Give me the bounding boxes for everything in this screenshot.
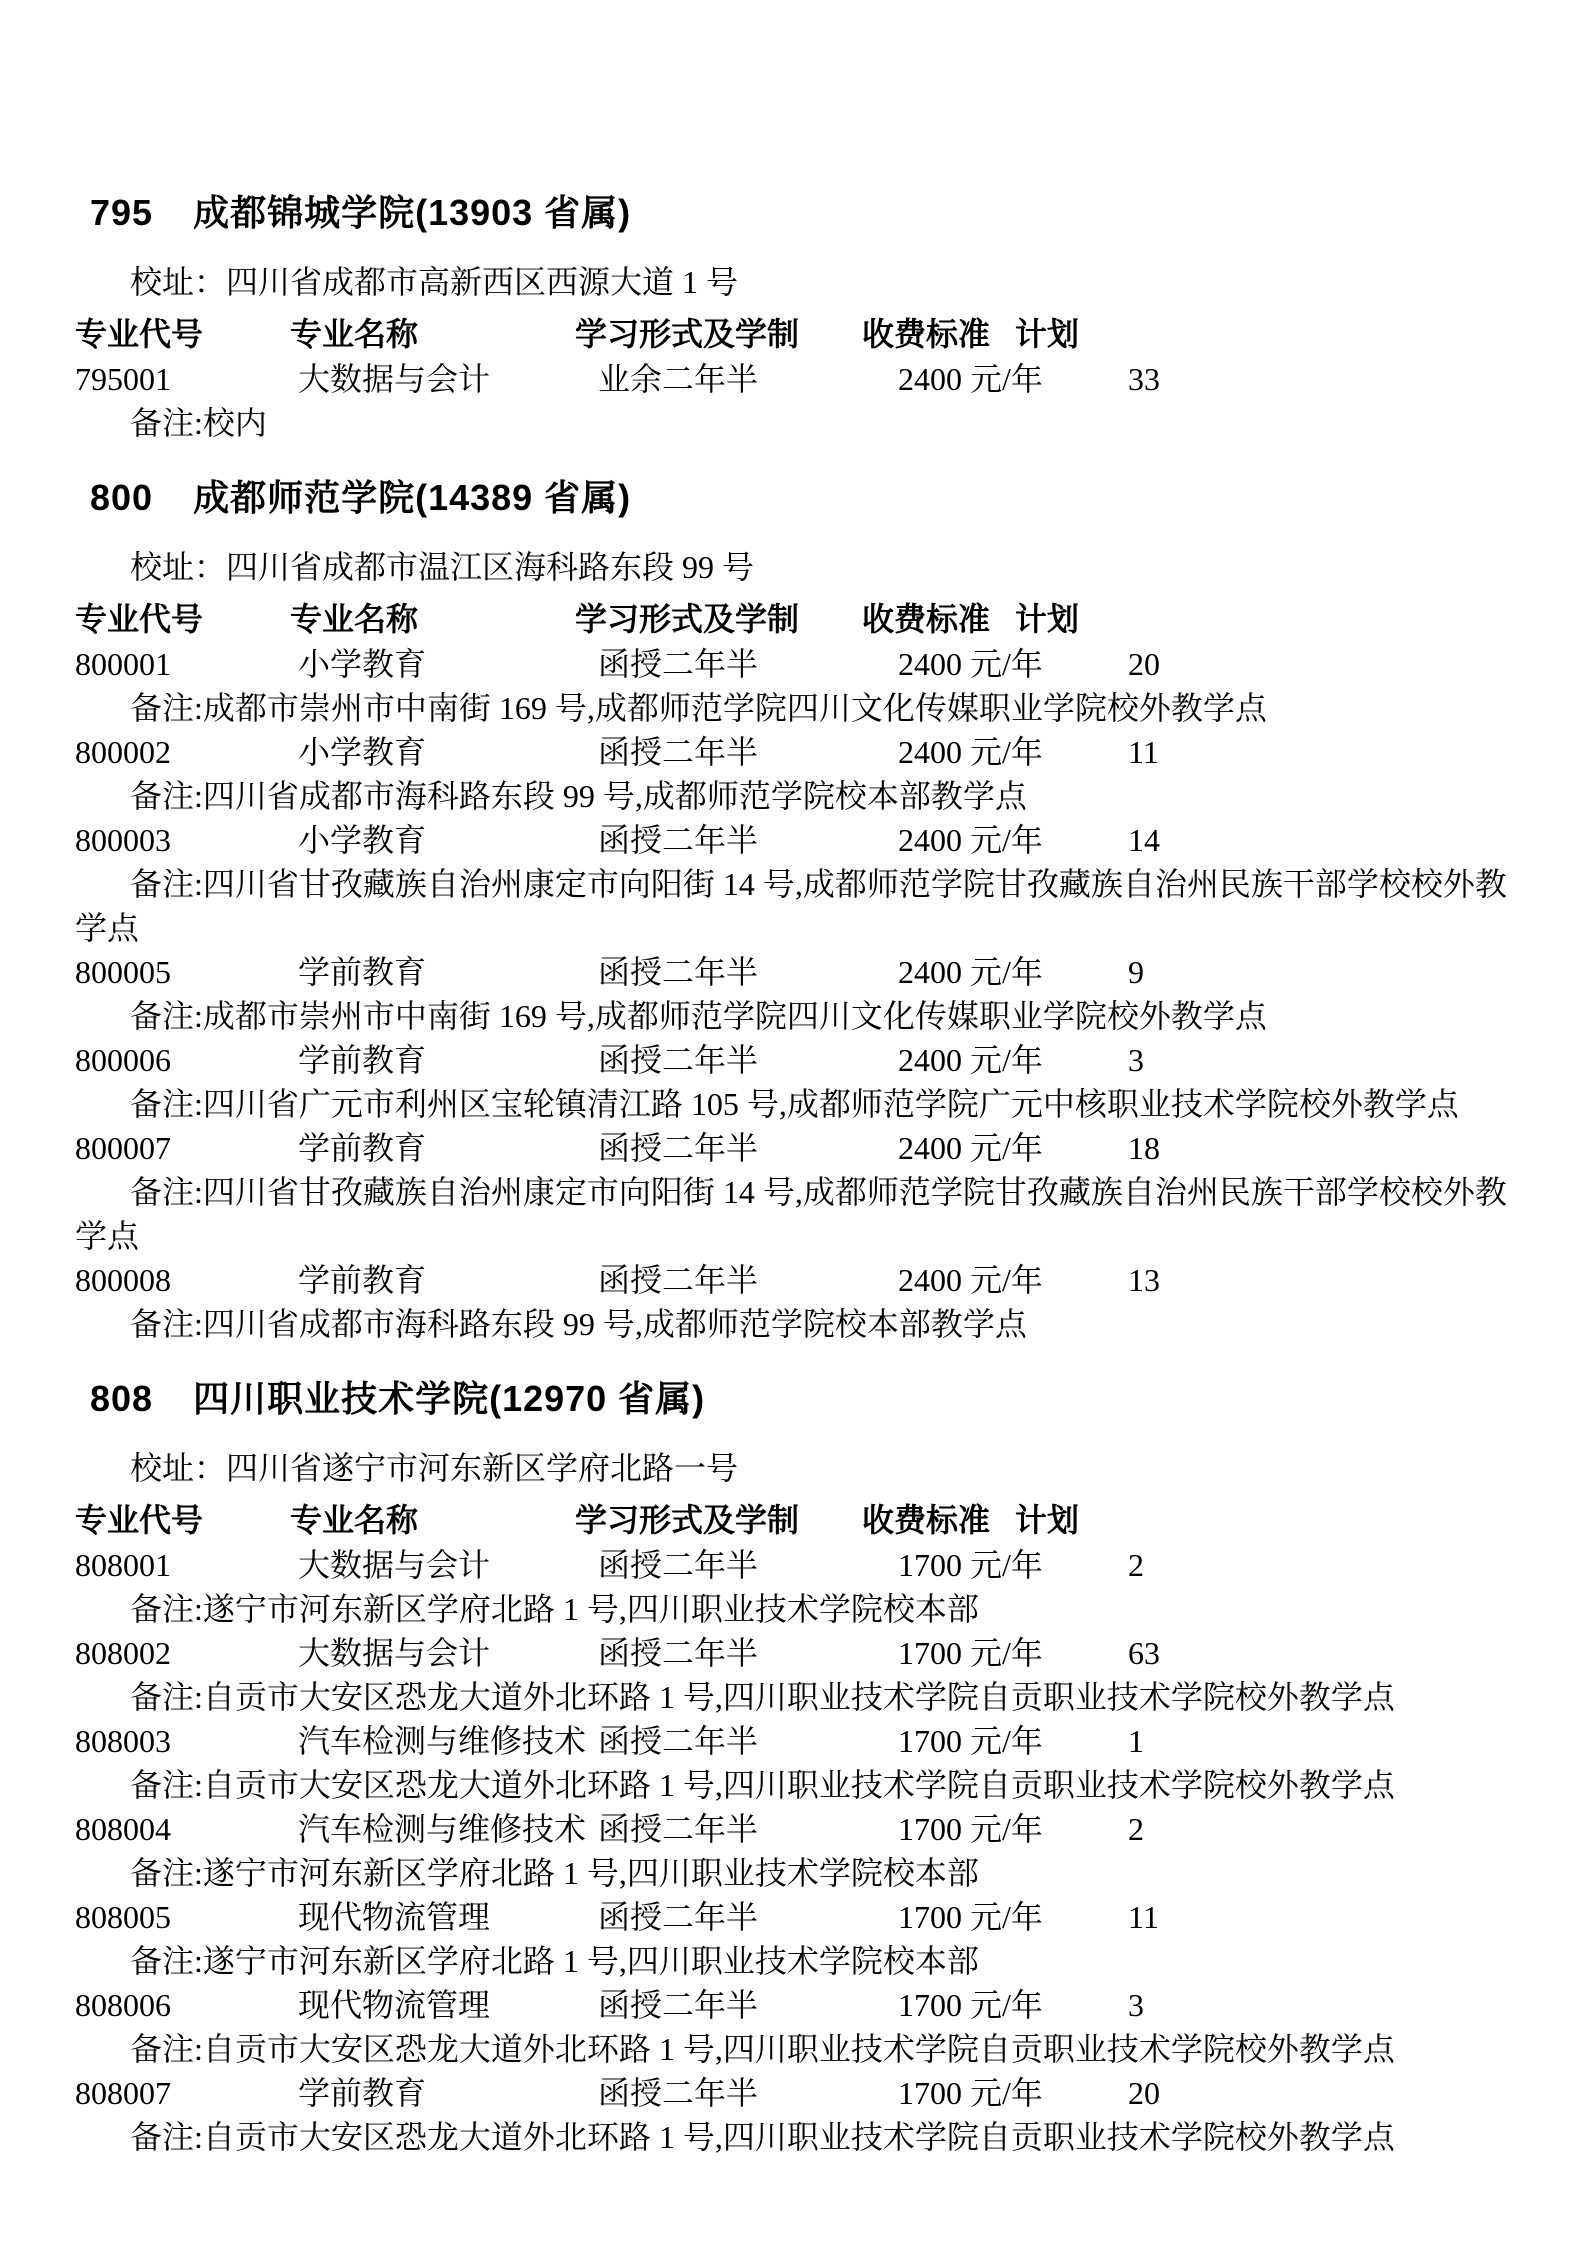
cell-study-form: 函授二年半 <box>598 1807 758 1851</box>
row-note: 备注:四川省甘孜藏族自治州康定市向阳街 14 号,成都师范学院甘孜藏族自治州民族… <box>75 1170 1537 1258</box>
col-header-major-code: 专业代号 <box>75 1498 203 1543</box>
table-row: 808007 学前教育 函授二年半 1700 元/年 20 <box>0 2071 1587 2115</box>
cell-study-form: 函授二年半 <box>598 1038 758 1082</box>
col-header-plan: 计划 <box>1015 312 1079 357</box>
col-header-study-form: 学习形式及学制 <box>575 597 799 642</box>
cell-fee: 1700 元/年 <box>898 1807 1043 1851</box>
cell-plan: 20 <box>1128 642 1160 686</box>
cell-study-form: 函授二年半 <box>598 818 758 862</box>
cell-plan: 11 <box>1128 730 1159 774</box>
cell-major-name: 学前教育 <box>298 1258 426 1302</box>
cell-fee: 1700 元/年 <box>898 1895 1043 1939</box>
cell-fee: 1700 元/年 <box>898 1631 1043 1675</box>
table-row: 808001 大数据与会计 函授二年半 1700 元/年 2 <box>0 1543 1587 1587</box>
cell-study-form: 函授二年半 <box>598 950 758 994</box>
cell-fee: 2400 元/年 <box>898 1126 1043 1170</box>
cell-major-code: 808004 <box>75 1807 171 1851</box>
cell-study-form: 函授二年半 <box>598 1126 758 1170</box>
table-row: 800005 学前教育 函授二年半 2400 元/年 9 <box>0 950 1587 994</box>
school-address: 校址：四川省成都市高新西区西源大道 1 号 <box>130 260 1587 304</box>
table-row: 808004 汽车检测与维修技术 函授二年半 1700 元/年 2 <box>0 1807 1587 1851</box>
cell-major-code: 800008 <box>75 1258 171 1302</box>
table-row: 800006 学前教育 函授二年半 2400 元/年 3 <box>0 1038 1587 1082</box>
address-value: 四川省成都市高新西区西源大道 1 号 <box>226 264 738 300</box>
school-title: 800成都师范学院(14389 省属) <box>90 473 1587 523</box>
cell-plan: 3 <box>1128 1983 1144 2027</box>
cell-major-code: 808002 <box>75 1631 171 1675</box>
table-row: 800001 小学教育 函授二年半 2400 元/年 20 <box>0 642 1587 686</box>
address-value: 四川省遂宁市河东新区学府北路一号 <box>226 1450 738 1486</box>
table-row: 800002 小学教育 函授二年半 2400 元/年 11 <box>0 730 1587 774</box>
cell-major-code: 800006 <box>75 1038 171 1082</box>
school-code: 800 <box>90 477 153 518</box>
col-header-fee: 收费标准 <box>862 312 990 357</box>
table-header: 专业代号 专业名称 学习形式及学制 收费标准 计划 <box>0 1498 1587 1543</box>
school-name: 四川职业技术学院(12970 省属) <box>193 1378 705 1419</box>
school-title: 795成都锦城学院(13903 省属) <box>90 188 1587 238</box>
cell-fee: 1700 元/年 <box>898 1719 1043 1763</box>
cell-major-name: 小学教育 <box>298 818 426 862</box>
cell-major-name: 汽车检测与维修技术 <box>298 1719 586 1763</box>
table-header: 专业代号 专业名称 学习形式及学制 收费标准 计划 <box>0 597 1587 642</box>
row-note: 备注:自贡市大安区恐龙大道外北环路 1 号,四川职业技术学院自贡职业技术学院校外… <box>75 2027 1537 2071</box>
cell-study-form: 函授二年半 <box>598 730 758 774</box>
cell-study-form: 业余二年半 <box>598 357 758 401</box>
cell-study-form: 函授二年半 <box>598 1983 758 2027</box>
table-row: 800008 学前教育 函授二年半 2400 元/年 13 <box>0 1258 1587 1302</box>
school-title: 808四川职业技术学院(12970 省属) <box>90 1374 1587 1424</box>
table-row: 808002 大数据与会计 函授二年半 1700 元/年 63 <box>0 1631 1587 1675</box>
cell-fee: 2400 元/年 <box>898 1258 1043 1302</box>
cell-major-name: 小学教育 <box>298 642 426 686</box>
cell-fee: 1700 元/年 <box>898 2071 1043 2115</box>
cell-study-form: 函授二年半 <box>598 1719 758 1763</box>
cell-plan: 13 <box>1128 1258 1160 1302</box>
admissions-plan-page: 795成都锦城学院(13903 省属) 校址：四川省成都市高新西区西源大道 1 … <box>0 0 1587 2245</box>
cell-fee: 2400 元/年 <box>898 730 1043 774</box>
school-section-795: 795成都锦城学院(13903 省属) 校址：四川省成都市高新西区西源大道 1 … <box>0 188 1587 445</box>
cell-fee: 2400 元/年 <box>898 818 1043 862</box>
table-header: 专业代号 专业名称 学习形式及学制 收费标准 计划 <box>0 312 1587 357</box>
row-note: 备注:自贡市大安区恐龙大道外北环路 1 号,四川职业技术学院自贡职业技术学院校外… <box>75 2115 1537 2159</box>
table-row: 795001 大数据与会计 业余二年半 2400 元/年 33 <box>0 357 1587 401</box>
cell-fee: 1700 元/年 <box>898 1983 1043 2027</box>
col-header-plan: 计划 <box>1015 597 1079 642</box>
cell-fee: 2400 元/年 <box>898 950 1043 994</box>
cell-major-code: 800005 <box>75 950 171 994</box>
cell-study-form: 函授二年半 <box>598 642 758 686</box>
cell-fee: 2400 元/年 <box>898 642 1043 686</box>
school-address: 校址：四川省遂宁市河东新区学府北路一号 <box>130 1446 1587 1490</box>
address-label: 校址： <box>130 549 226 585</box>
school-code: 795 <box>90 192 153 233</box>
cell-major-code: 795001 <box>75 357 171 401</box>
address-label: 校址： <box>130 1450 226 1486</box>
row-note: 备注:遂宁市河东新区学府北路 1 号,四川职业技术学院校本部 <box>75 1851 1537 1895</box>
school-name: 成都锦城学院(13903 省属) <box>193 192 631 233</box>
cell-major-name: 学前教育 <box>298 950 426 994</box>
row-note: 备注:自贡市大安区恐龙大道外北环路 1 号,四川职业技术学院自贡职业技术学院校外… <box>75 1763 1537 1807</box>
table-row: 808003 汽车检测与维修技术 函授二年半 1700 元/年 1 <box>0 1719 1587 1763</box>
col-header-plan: 计划 <box>1015 1498 1079 1543</box>
cell-major-name: 大数据与会计 <box>298 1543 490 1587</box>
cell-plan: 2 <box>1128 1543 1144 1587</box>
cell-study-form: 函授二年半 <box>598 2071 758 2115</box>
cell-study-form: 函授二年半 <box>598 1258 758 1302</box>
cell-plan: 9 <box>1128 950 1144 994</box>
cell-major-name: 大数据与会计 <box>298 357 490 401</box>
school-address: 校址：四川省成都市温江区海科路东段 99 号 <box>130 545 1587 589</box>
cell-plan: 20 <box>1128 2071 1160 2115</box>
cell-major-name: 学前教育 <box>298 1126 426 1170</box>
row-note: 备注:成都市崇州市中南街 169 号,成都师范学院四川文化传媒职业学院校外教学点 <box>75 686 1537 730</box>
cell-plan: 11 <box>1128 1895 1159 1939</box>
cell-plan: 1 <box>1128 1719 1144 1763</box>
address-value: 四川省成都市温江区海科路东段 99 号 <box>226 549 754 585</box>
col-header-study-form: 学习形式及学制 <box>575 312 799 357</box>
cell-study-form: 函授二年半 <box>598 1895 758 1939</box>
school-section-800: 800成都师范学院(14389 省属) 校址：四川省成都市温江区海科路东段 99… <box>0 473 1587 1346</box>
row-note: 备注:四川省成都市海科路东段 99 号,成都师范学院校本部教学点 <box>75 1302 1537 1346</box>
cell-major-code: 800003 <box>75 818 171 862</box>
cell-plan: 63 <box>1128 1631 1160 1675</box>
cell-major-code: 800002 <box>75 730 171 774</box>
table-row: 800007 学前教育 函授二年半 2400 元/年 18 <box>0 1126 1587 1170</box>
row-note: 备注:遂宁市河东新区学府北路 1 号,四川职业技术学院校本部 <box>75 1587 1537 1631</box>
cell-major-name: 小学教育 <box>298 730 426 774</box>
school-code: 808 <box>90 1378 153 1419</box>
cell-major-name: 学前教育 <box>298 2071 426 2115</box>
cell-major-name: 学前教育 <box>298 1038 426 1082</box>
cell-major-code: 808003 <box>75 1719 171 1763</box>
col-header-fee: 收费标准 <box>862 597 990 642</box>
col-header-major-name: 专业名称 <box>290 597 418 642</box>
cell-major-name: 汽车检测与维修技术 <box>298 1807 586 1851</box>
col-header-major-code: 专业代号 <box>75 597 203 642</box>
cell-major-code: 800001 <box>75 642 171 686</box>
table-row: 808006 现代物流管理 函授二年半 1700 元/年 3 <box>0 1983 1587 2027</box>
table-row: 808005 现代物流管理 函授二年半 1700 元/年 11 <box>0 1895 1587 1939</box>
cell-study-form: 函授二年半 <box>598 1631 758 1675</box>
row-note: 备注:自贡市大安区恐龙大道外北环路 1 号,四川职业技术学院自贡职业技术学院校外… <box>75 1675 1537 1719</box>
table-row: 800003 小学教育 函授二年半 2400 元/年 14 <box>0 818 1587 862</box>
school-name: 成都师范学院(14389 省属) <box>193 477 631 518</box>
address-label: 校址： <box>130 264 226 300</box>
row-note: 备注:校内 <box>75 401 1537 445</box>
cell-plan: 18 <box>1128 1126 1160 1170</box>
cell-fee: 2400 元/年 <box>898 1038 1043 1082</box>
cell-fee: 2400 元/年 <box>898 357 1043 401</box>
row-note: 备注:遂宁市河东新区学府北路 1 号,四川职业技术学院校本部 <box>75 1939 1537 1983</box>
cell-plan: 33 <box>1128 357 1160 401</box>
cell-major-code: 800007 <box>75 1126 171 1170</box>
cell-plan: 2 <box>1128 1807 1144 1851</box>
cell-fee: 1700 元/年 <box>898 1543 1043 1587</box>
row-note: 备注:四川省甘孜藏族自治州康定市向阳街 14 号,成都师范学院甘孜藏族自治州民族… <box>75 862 1537 950</box>
cell-major-code: 808001 <box>75 1543 171 1587</box>
school-section-808: 808四川职业技术学院(12970 省属) 校址：四川省遂宁市河东新区学府北路一… <box>0 1374 1587 2159</box>
cell-major-code: 808006 <box>75 1983 171 2027</box>
cell-major-name: 现代物流管理 <box>298 1983 490 2027</box>
cell-plan: 3 <box>1128 1038 1144 1082</box>
col-header-fee: 收费标准 <box>862 1498 990 1543</box>
col-header-study-form: 学习形式及学制 <box>575 1498 799 1543</box>
col-header-major-name: 专业名称 <box>290 1498 418 1543</box>
row-note: 备注:四川省成都市海科路东段 99 号,成都师范学院校本部教学点 <box>75 774 1537 818</box>
cell-major-code: 808005 <box>75 1895 171 1939</box>
cell-plan: 14 <box>1128 818 1160 862</box>
cell-major-name: 大数据与会计 <box>298 1631 490 1675</box>
row-note: 备注:四川省广元市利州区宝轮镇清江路 105 号,成都师范学院广元中核职业技术学… <box>75 1082 1537 1126</box>
row-note: 备注:成都市崇州市中南街 169 号,成都师范学院四川文化传媒职业学院校外教学点 <box>75 994 1537 1038</box>
cell-major-name: 现代物流管理 <box>298 1895 490 1939</box>
col-header-major-code: 专业代号 <box>75 312 203 357</box>
col-header-major-name: 专业名称 <box>290 312 418 357</box>
cell-major-code: 808007 <box>75 2071 171 2115</box>
cell-study-form: 函授二年半 <box>598 1543 758 1587</box>
